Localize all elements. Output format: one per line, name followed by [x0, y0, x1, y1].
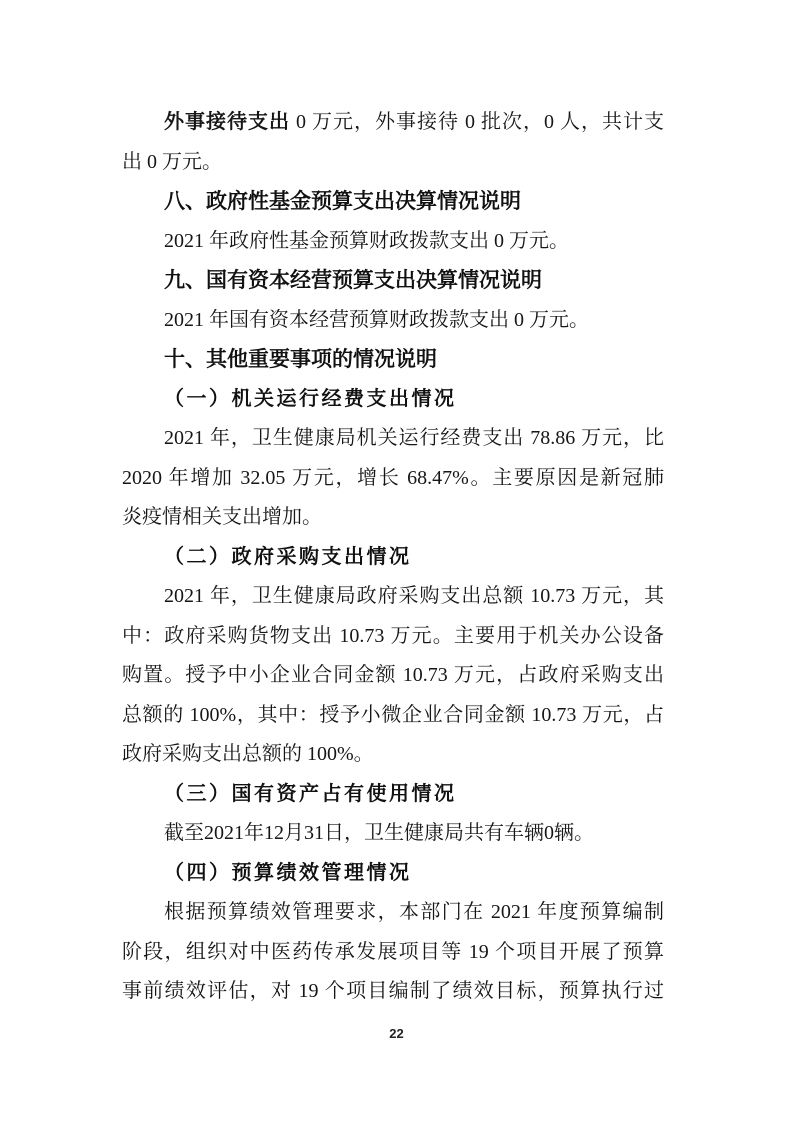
section-heading: 十、其他重要事项的情况说明	[122, 340, 664, 380]
paragraph-line: 炎疫情相关支出增加。	[122, 498, 664, 538]
paragraph-line: 截至2021年12月31日，卫生健康局共有车辆0辆。	[122, 814, 664, 854]
paragraph-line: 2021 年，卫生健康局机关运行经费支出 78.86 万元，比	[122, 419, 664, 459]
paragraph-line: 事前绩效评估，对 19 个项目编制了绩效目标，预算执行过	[122, 972, 664, 1012]
paragraph-line: 购置。授予中小企业合同金额 10.73 万元，占政府采购支出	[122, 656, 664, 696]
paragraph-line: 外事接待支出 0 万元，外事接待 0 批次，0 人，共计支	[122, 103, 664, 143]
document-page: 外事接待支出 0 万元，外事接待 0 批次，0 人，共计支 出 0 万元。 八、…	[0, 0, 793, 1122]
bold-text-run: 外事接待支出	[164, 111, 290, 133]
paragraph-line: 根据预算绩效管理要求，本部门在 2021 年度预算编制	[122, 893, 664, 933]
paragraph-line: 2021 年政府性基金预算财政拨款支出 0 万元。	[122, 222, 664, 262]
paragraph-line: 政府采购支出总额的 100%。	[122, 735, 664, 775]
subsection-heading: （二）政府采购支出情况	[122, 538, 664, 578]
subsection-heading: （一）机关运行经费支出情况	[122, 380, 664, 420]
paragraph-line: 中：政府采购货物支出 10.73 万元。主要用于机关办公设备	[122, 617, 664, 657]
page-number: 22	[0, 1026, 793, 1041]
paragraph-line: 2021 年国有资本经营预算财政拨款支出 0 万元。	[122, 301, 664, 341]
paragraph-line: 总额的 100%，其中：授予小微企业合同金额 10.73 万元，占	[122, 696, 664, 736]
paragraph-line: 阶段，组织对中医药传承发展项目等 19 个项目开展了预算	[122, 933, 664, 973]
subsection-heading: （三）国有资产占有使用情况	[122, 775, 664, 815]
section-heading: 九、国有资本经营预算支出决算情况说明	[122, 261, 664, 301]
section-heading: 八、政府性基金预算支出决算情况说明	[122, 182, 664, 222]
subsection-heading: （四）预算绩效管理情况	[122, 854, 664, 894]
paragraph-line: 出 0 万元。	[122, 143, 664, 183]
text-run: 0 万元，外事接待 0 批次，0 人，共计支	[290, 111, 664, 133]
document-body: 外事接待支出 0 万元，外事接待 0 批次，0 人，共计支 出 0 万元。 八、…	[122, 103, 664, 1012]
paragraph-line: 2021 年，卫生健康局政府采购支出总额 10.73 万元，其	[122, 577, 664, 617]
paragraph-line: 2020 年增加 32.05 万元，增长 68.47%。主要原因是新冠肺	[122, 459, 664, 499]
